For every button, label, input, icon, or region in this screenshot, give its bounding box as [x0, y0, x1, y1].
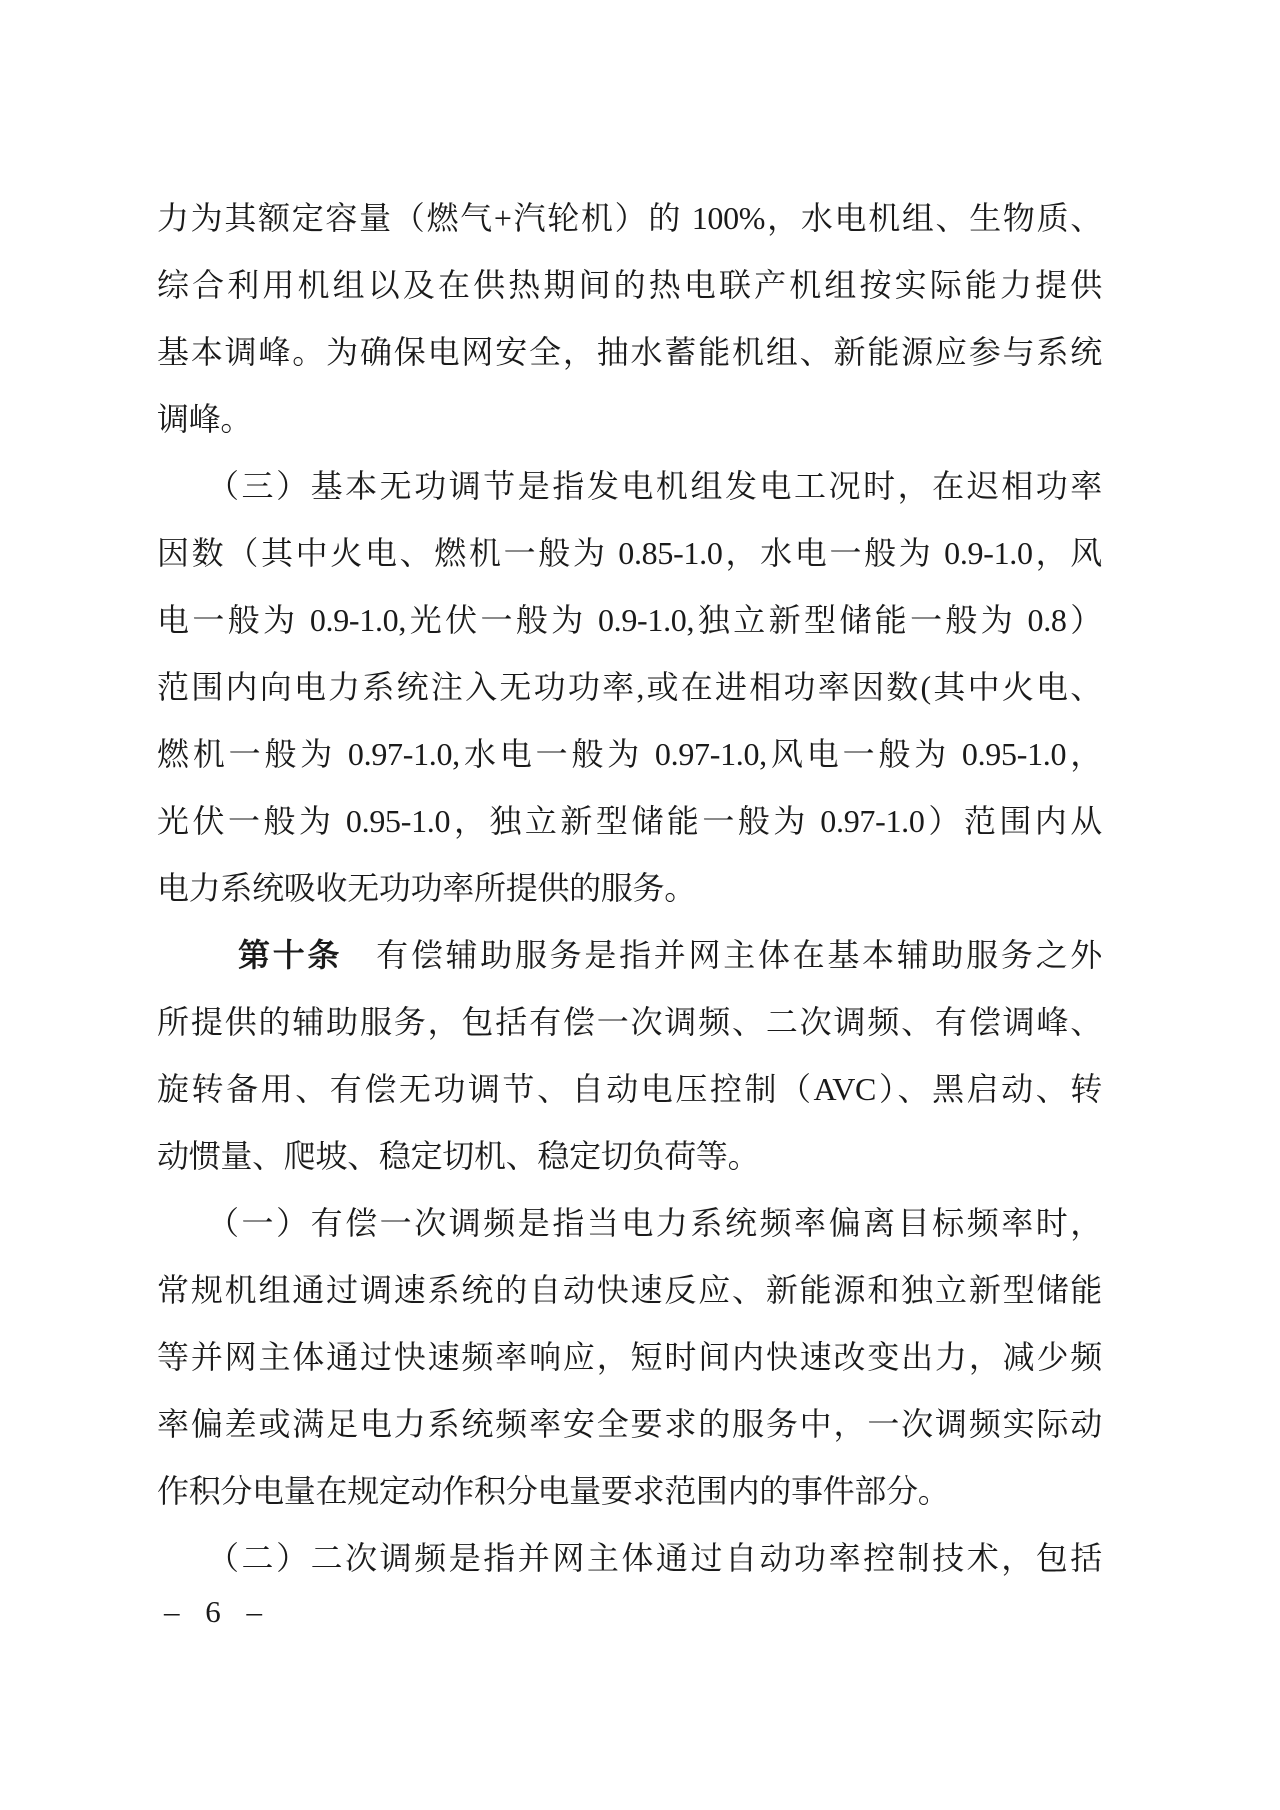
text-line: 基本调峰。为确保电网安全，抽水蓄能机组、新能源应参与系统 [157, 319, 1102, 386]
text-line: 电一般为 0.9-1.0,光伏一般为 0.9-1.0,独立新型储能一般为 0.8… [157, 587, 1102, 654]
document-page: 力为其额定容量（燃气+汽轮机）的 100%，水电机组、生物质、 综合利用机组以及… [0, 0, 1280, 1810]
document-body: 力为其额定容量（燃气+汽轮机）的 100%，水电机组、生物质、 综合利用机组以及… [157, 185, 1102, 1592]
text-line: 等并网主体通过快速频率响应，短时间内快速改变出力，减少频 [157, 1324, 1102, 1391]
article-text: 有偿辅助服务是指并网主体在基本辅助服务之外 [376, 937, 1102, 973]
text-line-item-2-start: （二）二次调频是指并网主体通过自动功率控制技术，包括 [157, 1525, 1102, 1592]
text-line: 综合利用机组以及在供热期间的热电联产机组按实际能力提供 [157, 252, 1102, 319]
text-line: 所提供的辅助服务，包括有偿一次调频、二次调频、有偿调峰、 [157, 989, 1102, 1056]
text-line: 因数（其中火电、燃机一般为 0.85-1.0，水电一般为 0.9-1.0，风 [157, 520, 1102, 587]
text-line: 率偏差或满足电力系统频率安全要求的服务中，一次调频实际动 [157, 1391, 1102, 1458]
page-number: – 6 – [164, 1592, 271, 1632]
text-line: 作积分电量在规定动作积分电量要求范围内的事件部分。 [157, 1458, 1102, 1525]
text-line: 力为其额定容量（燃气+汽轮机）的 100%，水电机组、生物质、 [157, 185, 1102, 252]
text-line: 范围内向电力系统注入无功功率,或在进相功率因数(其中火电、 [157, 654, 1102, 721]
text-line: 旋转备用、有偿无功调节、自动电压控制（AVC）、黑启动、转 [157, 1056, 1102, 1123]
text-line: 电力系统吸收无功功率所提供的服务。 [157, 855, 1102, 922]
article-10-line: 第十条有偿辅助服务是指并网主体在基本辅助服务之外 [157, 922, 1102, 989]
text-line-item-1-start: （一）有偿一次调频是指当电力系统频率偏离目标频率时， [157, 1190, 1102, 1257]
text-line: 常规机组通过调速系统的自动快速反应、新能源和独立新型储能 [157, 1257, 1102, 1324]
text-line: 光伏一般为 0.95-1.0，独立新型储能一般为 0.97-1.0）范围内从 [157, 788, 1102, 855]
text-line: 动惯量、爬坡、稳定切机、稳定切负荷等。 [157, 1123, 1102, 1190]
article-number-label: 第十条 [238, 937, 342, 973]
text-line: 调峰。 [157, 386, 1102, 453]
text-line: 燃机一般为 0.97-1.0,水电一般为 0.97-1.0,风电一般为 0.95… [157, 721, 1102, 788]
text-line-item-3-start: （三）基本无功调节是指发电机组发电工况时，在迟相功率 [157, 453, 1102, 520]
